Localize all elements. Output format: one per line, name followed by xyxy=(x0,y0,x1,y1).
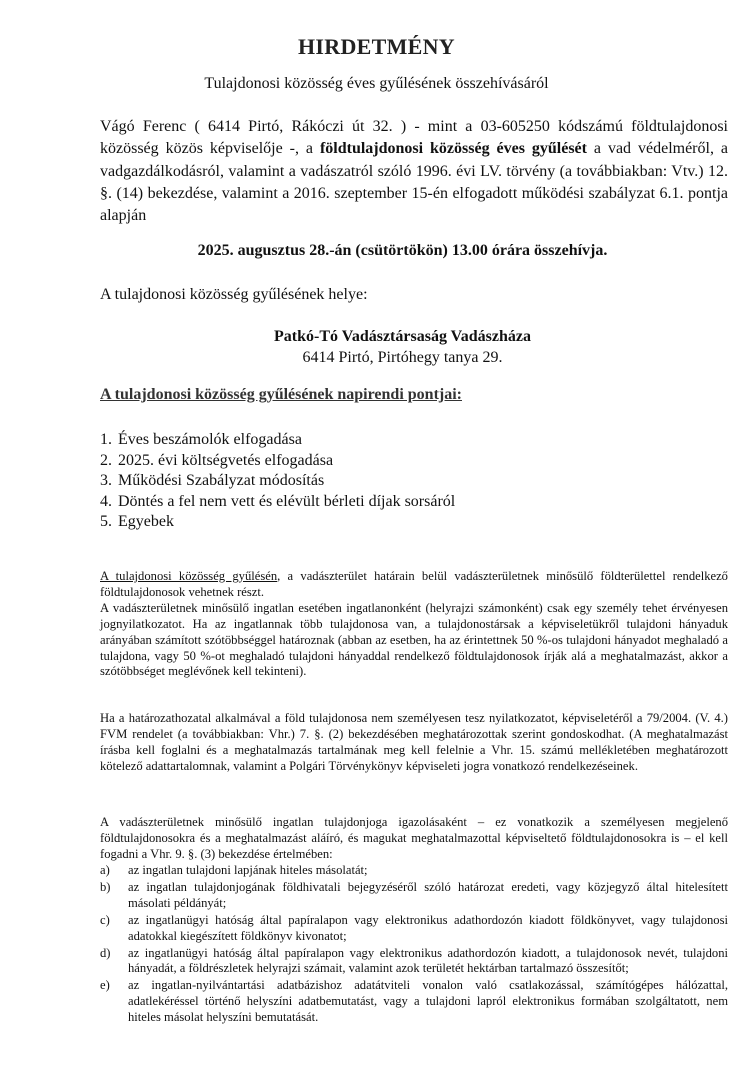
ownership-proof-paragraph: A vadászterületnek minősülő ingatlan tul… xyxy=(100,815,728,863)
participation-underlined: A tulajdonosi közösség gyűlésén xyxy=(100,569,277,583)
agenda-text: 2025. évi költségvetés elfogadása xyxy=(118,451,333,472)
requirement-letter: c) xyxy=(100,913,128,945)
requirement-text: az ingatlan tulajdonjogának földhivatali… xyxy=(128,880,728,912)
requirement-letter: e) xyxy=(100,978,128,1026)
requirement-item: d)az ingatlanügyi hatóság által papírala… xyxy=(100,946,728,978)
agenda-item: 1.Éves beszámolók elfogadása xyxy=(100,430,455,451)
venue-name: Patkó-Tó Vadásztársaság Vadászháza xyxy=(0,328,753,346)
venue-label: A tulajdonosi közösség gyűlésének helye: xyxy=(100,286,368,304)
agenda-list: 1.Éves beszámolók elfogadása 2.2025. évi… xyxy=(100,430,455,533)
meeting-date: 2025. augusztus 28.-án (csütörtökön) 13.… xyxy=(0,242,753,260)
requirement-letter: b) xyxy=(100,880,128,912)
participation-second: A vadászterületnek minősülő ingatlan ese… xyxy=(100,601,728,679)
agenda-text: Egyebek xyxy=(118,512,174,533)
requirement-text: az ingatlanügyi hatóság által papíralapo… xyxy=(128,913,728,945)
agenda-text: Döntés a fel nem vett és elévült bérleti… xyxy=(118,492,455,513)
agenda-number: 2. xyxy=(100,451,118,472)
agenda-item: 5.Egyebek xyxy=(100,512,455,533)
representation-paragraph: Ha a határozathozatal alkalmával a föld … xyxy=(100,711,728,775)
document-title: HIRDETMÉNY xyxy=(0,34,753,60)
agenda-text: Éves beszámolók elfogadása xyxy=(118,430,302,451)
venue-address: 6414 Pirtó, Pirtóhegy tanya 29. xyxy=(0,349,753,367)
participation-paragraph: A tulajdonosi közösség gyűlésén, a vadás… xyxy=(100,569,728,680)
requirement-item: b)az ingatlan tulajdonjogának földhivata… xyxy=(100,880,728,912)
requirement-item: a)az ingatlan tulajdoni lapjának hiteles… xyxy=(100,863,728,879)
requirement-item: c)az ingatlanügyi hatóság által papírala… xyxy=(100,913,728,945)
requirement-text: az ingatlan tulajdoni lapjának hiteles m… xyxy=(128,863,728,879)
requirement-item: e)az ingatlan-nyilvántartási adatbázisho… xyxy=(100,978,728,1026)
agenda-title: A tulajdonosi közösség gyűlésének napire… xyxy=(100,386,462,404)
intro-bold: földtulajdonosi közösség éves gyűlését xyxy=(320,140,587,157)
requirements-list: a)az ingatlan tulajdoni lapjának hiteles… xyxy=(100,863,728,1027)
requirement-text: az ingatlan-nyilvántartási adatbázishoz … xyxy=(128,978,728,1026)
agenda-number: 5. xyxy=(100,512,118,533)
requirement-text: az ingatlanügyi hatóság által papíralapo… xyxy=(128,946,728,978)
agenda-number: 3. xyxy=(100,471,118,492)
requirement-letter: a) xyxy=(100,863,128,879)
agenda-number: 4. xyxy=(100,492,118,513)
agenda-item: 4.Döntés a fel nem vett és elévült bérle… xyxy=(100,492,455,513)
requirement-letter: d) xyxy=(100,946,128,978)
agenda-number: 1. xyxy=(100,430,118,451)
document-subtitle: Tulajdonosi közösség éves gyűlésének öss… xyxy=(0,75,753,93)
document-page: HIRDETMÉNY Tulajdonosi közösség éves gyű… xyxy=(0,0,753,1077)
agenda-text: Működési Szabályzat módosítás xyxy=(118,471,324,492)
intro-paragraph: Vágó Ferenc ( 6414 Pirtó, Rákóczi út 32.… xyxy=(100,116,728,227)
agenda-item: 2.2025. évi költségvetés elfogadása xyxy=(100,451,455,472)
agenda-item: 3.Működési Szabályzat módosítás xyxy=(100,471,455,492)
